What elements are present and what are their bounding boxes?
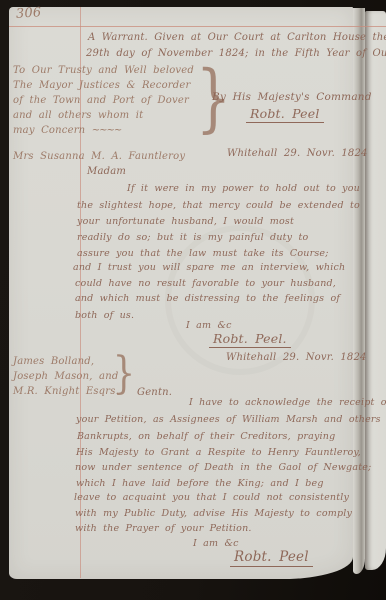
letter-body-line: with the Prayer of your Petition. [75, 523, 252, 534]
letter-salutation: Gentn. [137, 387, 172, 398]
warrant-address-line: To Our Trusty and Well beloved [13, 65, 194, 76]
letter-closing: I am &c [193, 538, 239, 549]
peel-signature: Robt. Peel [246, 106, 324, 123]
letter-body-line: both of us. [75, 310, 134, 321]
letter-body-line: If it were in my power to hold out to yo… [127, 183, 360, 194]
letter-dateline: Whitehall 29. Novr. 1824 [226, 352, 367, 363]
warrant-address-last: may Concern [13, 125, 85, 136]
warrant-address-line: of the Town and Port of Dover [13, 95, 189, 106]
warrant-address-line: The Mayor Justices & Recorder [13, 80, 191, 91]
letter-body-line: the slightest hope, that mercy could be … [77, 200, 360, 211]
letter-addressee: Mrs Susanna M. A. Fauntleroy [13, 151, 185, 162]
letter-body-line: which I have laid before the King; and I… [76, 478, 324, 489]
letter-body-line: leave to acquaint you that I could not c… [74, 492, 349, 503]
letter-closing: I am &c [186, 320, 232, 331]
warrant-address-line: and all others whom it [13, 110, 143, 121]
letter-body-line: and I trust you will spare me an intervi… [73, 262, 345, 273]
letter-body-line: readily do so; but it is my painful duty… [77, 232, 308, 243]
letter-addressee: James Bolland, [13, 356, 94, 367]
letter-addressee: M.R. Knight Esqrs. [13, 386, 119, 397]
letter-body-line: and which must be distressing to the fee… [75, 293, 340, 304]
letter-body-line: assure you that the law must take its Co… [77, 248, 329, 259]
letter-body-line: I have to acknowledge the receipt of [189, 397, 386, 408]
pen-flourish: ~~~~ [92, 125, 122, 136]
peel-signature: Robt. Peel. [209, 331, 291, 348]
ruled-line-horizontal [9, 26, 386, 27]
command-line: By His Majesty's Command [212, 91, 372, 103]
warrant-heading-line: 29th day of November 1824; in the Fifth … [86, 48, 386, 59]
letter-body-line: Bankrupts, on behalf of their Creditors,… [77, 431, 335, 442]
warrant-address-line: may Concern ~~~~ [13, 125, 121, 136]
letter-body-line: your unfortunate husband, I would most [77, 216, 294, 227]
manuscript-photo: 306 A Warrant. Given at Our Court at Car… [0, 0, 386, 600]
curly-brace-icon: } [113, 350, 135, 398]
letter-body-line: His Majesty to Grant a Respite to Henry … [76, 447, 361, 458]
letter-addressee: Joseph Mason, and [13, 371, 118, 382]
letter-body-line: with my Public Duty, advise His Majesty … [75, 508, 352, 519]
letter-body-line: your Petition, as Assignees of William M… [76, 414, 381, 425]
page-number: 306 [16, 5, 42, 22]
letter-dateline: Whitehall 29. Novr. 1824 [227, 148, 368, 159]
letter-body-line: now under sentence of Death in the Gaol … [75, 462, 371, 473]
warrant-heading-line: A Warrant. Given at Our Court at Carlton… [88, 32, 386, 43]
peel-signature: Robt. Peel [230, 549, 313, 567]
letter-salutation: Madam [87, 166, 126, 177]
letter-body-line: could have no result favorable to your h… [75, 278, 336, 289]
